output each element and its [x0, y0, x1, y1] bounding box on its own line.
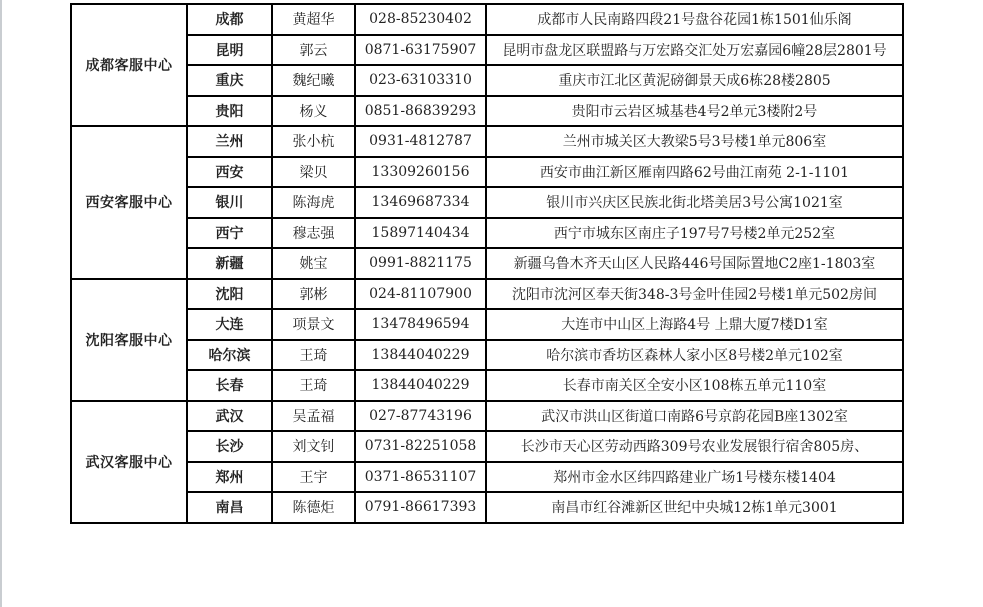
contact-person-cell: 杨义 — [272, 96, 355, 127]
table-row: 西宁 穆志强 15897140434 西宁市城东区南庄子197号7号楼2单元25… — [71, 218, 903, 249]
address-cell: 大连市中山区上海路4号 上鼎大厦7楼D1室 — [486, 309, 903, 340]
city-cell: 郑州 — [187, 462, 272, 493]
contact-person-cell: 陈海虎 — [272, 187, 355, 218]
contact-person-cell: 张小杭 — [272, 126, 355, 157]
city-cell: 长沙 — [187, 431, 272, 462]
phone-cell: 13478496594 — [355, 309, 486, 340]
phone-cell: 028-85230402 — [355, 4, 486, 35]
address-cell: 西安市曲江新区雁南四路62号曲江南苑 2-1-1101 — [486, 157, 903, 188]
contact-person-cell: 魏纪曦 — [272, 65, 355, 96]
city-cell: 新疆 — [187, 248, 272, 279]
contact-person-cell: 王琦 — [272, 370, 355, 401]
table-row: 南昌 陈德炬 0791-86617393 南昌市红谷滩新区世纪中央城12栋1单元… — [71, 492, 903, 523]
table-row: 长沙 刘文钊 0731-82251058 长沙市天心区劳动西路309号农业发展银… — [71, 431, 903, 462]
address-cell: 沈阳市沈河区奉天街348-3号金叶佳园2号楼1单元502房间 — [486, 279, 903, 310]
window-left-edge — [0, 0, 2, 607]
table-row: 贵阳 杨义 0851-86839293 贵阳市云岩区城基巷4号2单元3楼附2号 — [71, 96, 903, 127]
city-cell: 武汉 — [187, 401, 272, 432]
contact-person-cell: 刘文钊 — [272, 431, 355, 462]
phone-cell: 027-87743196 — [355, 401, 486, 432]
contact-person-cell: 陈德炬 — [272, 492, 355, 523]
address-cell: 银川市兴庆区民族北街北塔美居3号公寓1021室 — [486, 187, 903, 218]
table-row: 西安客服中心 兰州 张小杭 0931-4812787 兰州市城关区大教梁5号3号… — [71, 126, 903, 157]
table-row: 武汉客服中心 武汉 吴孟福 027-87743196 武汉市洪山区街道口南路6号… — [71, 401, 903, 432]
phone-cell: 13309260156 — [355, 157, 486, 188]
service-center-name: 西安客服中心 — [71, 126, 187, 279]
city-cell: 大连 — [187, 309, 272, 340]
city-cell: 昆明 — [187, 35, 272, 66]
city-cell: 长春 — [187, 370, 272, 401]
phone-cell: 13844040229 — [355, 370, 486, 401]
phone-cell: 024-81107900 — [355, 279, 486, 310]
city-cell: 南昌 — [187, 492, 272, 523]
address-cell: 哈尔滨市香坊区森林人家小区8号楼2单元102室 — [486, 340, 903, 371]
service-center-name: 沈阳客服中心 — [71, 279, 187, 401]
phone-cell: 15897140434 — [355, 218, 486, 249]
table-row: 重庆 魏纪曦 023-63103310 重庆市江北区黄泥磅御景天成6栋28楼28… — [71, 65, 903, 96]
contact-person-cell: 王宇 — [272, 462, 355, 493]
city-cell: 贵阳 — [187, 96, 272, 127]
table-row: 银川 陈海虎 13469687334 银川市兴庆区民族北街北塔美居3号公寓102… — [71, 187, 903, 218]
address-cell: 重庆市江北区黄泥磅御景天成6栋28楼2805 — [486, 65, 903, 96]
phone-cell: 0371-86531107 — [355, 462, 486, 493]
contact-person-cell: 项景文 — [272, 309, 355, 340]
city-cell: 西宁 — [187, 218, 272, 249]
table-row: 郑州 王宇 0371-86531107 郑州市金水区纬四路建业广场1号楼东楼14… — [71, 462, 903, 493]
phone-cell: 0871-63175907 — [355, 35, 486, 66]
table-row: 昆明 郭云 0871-63175907 昆明市盘龙区联盟路与万宏路交汇处万宏嘉园… — [71, 35, 903, 66]
phone-cell: 023-63103310 — [355, 65, 486, 96]
address-cell: 西宁市城东区南庄子197号7号楼2单元252室 — [486, 218, 903, 249]
document-page: 成都客服中心 成都 黄超华 028-85230402 成都市人民南路四段21号盘… — [0, 0, 983, 607]
phone-cell: 0991-8821175 — [355, 248, 486, 279]
table-row: 成都客服中心 成都 黄超华 028-85230402 成都市人民南路四段21号盘… — [71, 4, 903, 35]
table-row: 新疆 姚宝 0991-8821175 新疆乌鲁木齐天山区人民路446号国际置地C… — [71, 248, 903, 279]
phone-cell: 0851-86839293 — [355, 96, 486, 127]
contact-person-cell: 王琦 — [272, 340, 355, 371]
phone-cell: 0791-86617393 — [355, 492, 486, 523]
table-row: 沈阳客服中心 沈阳 郭彬 024-81107900 沈阳市沈河区奉天街348-3… — [71, 279, 903, 310]
city-cell: 沈阳 — [187, 279, 272, 310]
address-cell: 新疆乌鲁木齐天山区人民路446号国际置地C2座1-1803室 — [486, 248, 903, 279]
contact-person-cell: 吴孟福 — [272, 401, 355, 432]
address-cell: 成都市人民南路四段21号盘谷花园1栋1501仙乐阁 — [486, 4, 903, 35]
address-cell: 郑州市金水区纬四路建业广场1号楼东楼1404 — [486, 462, 903, 493]
service-center-name: 武汉客服中心 — [71, 401, 187, 523]
table-row: 西安 梁贝 13309260156 西安市曲江新区雁南四路62号曲江南苑 2-1… — [71, 157, 903, 188]
table-row: 哈尔滨 王琦 13844040229 哈尔滨市香坊区森林人家小区8号楼2单元10… — [71, 340, 903, 371]
contact-person-cell: 梁贝 — [272, 157, 355, 188]
contact-person-cell: 郭彬 — [272, 279, 355, 310]
phone-cell: 13844040229 — [355, 340, 486, 371]
address-cell: 贵阳市云岩区城基巷4号2单元3楼附2号 — [486, 96, 903, 127]
address-cell: 长沙市天心区劳动西路309号农业发展银行宿舍805房、 — [486, 431, 903, 462]
address-cell: 兰州市城关区大教梁5号3号楼1单元806室 — [486, 126, 903, 157]
address-cell: 武汉市洪山区街道口南路6号京韵花园B座1302室 — [486, 401, 903, 432]
contact-person-cell: 姚宝 — [272, 248, 355, 279]
city-cell: 哈尔滨 — [187, 340, 272, 371]
phone-cell: 13469687334 — [355, 187, 486, 218]
service-center-contacts-table: 成都客服中心 成都 黄超华 028-85230402 成都市人民南路四段21号盘… — [70, 3, 904, 524]
phone-cell: 0931-4812787 — [355, 126, 486, 157]
city-cell: 西安 — [187, 157, 272, 188]
table-row: 长春 王琦 13844040229 长春市南关区全安小区108栋五单元110室 — [71, 370, 903, 401]
city-cell: 重庆 — [187, 65, 272, 96]
table-row: 大连 项景文 13478496594 大连市中山区上海路4号 上鼎大厦7楼D1室 — [71, 309, 903, 340]
phone-cell: 0731-82251058 — [355, 431, 486, 462]
contact-person-cell: 黄超华 — [272, 4, 355, 35]
city-cell: 兰州 — [187, 126, 272, 157]
contact-person-cell: 郭云 — [272, 35, 355, 66]
address-cell: 长春市南关区全安小区108栋五单元110室 — [486, 370, 903, 401]
address-cell: 昆明市盘龙区联盟路与万宏路交汇处万宏嘉园6幢28层2801号 — [486, 35, 903, 66]
service-center-name: 成都客服中心 — [71, 4, 187, 126]
city-cell: 银川 — [187, 187, 272, 218]
contact-person-cell: 穆志强 — [272, 218, 355, 249]
address-cell: 南昌市红谷滩新区世纪中央城12栋1单元3001 — [486, 492, 903, 523]
city-cell: 成都 — [187, 4, 272, 35]
